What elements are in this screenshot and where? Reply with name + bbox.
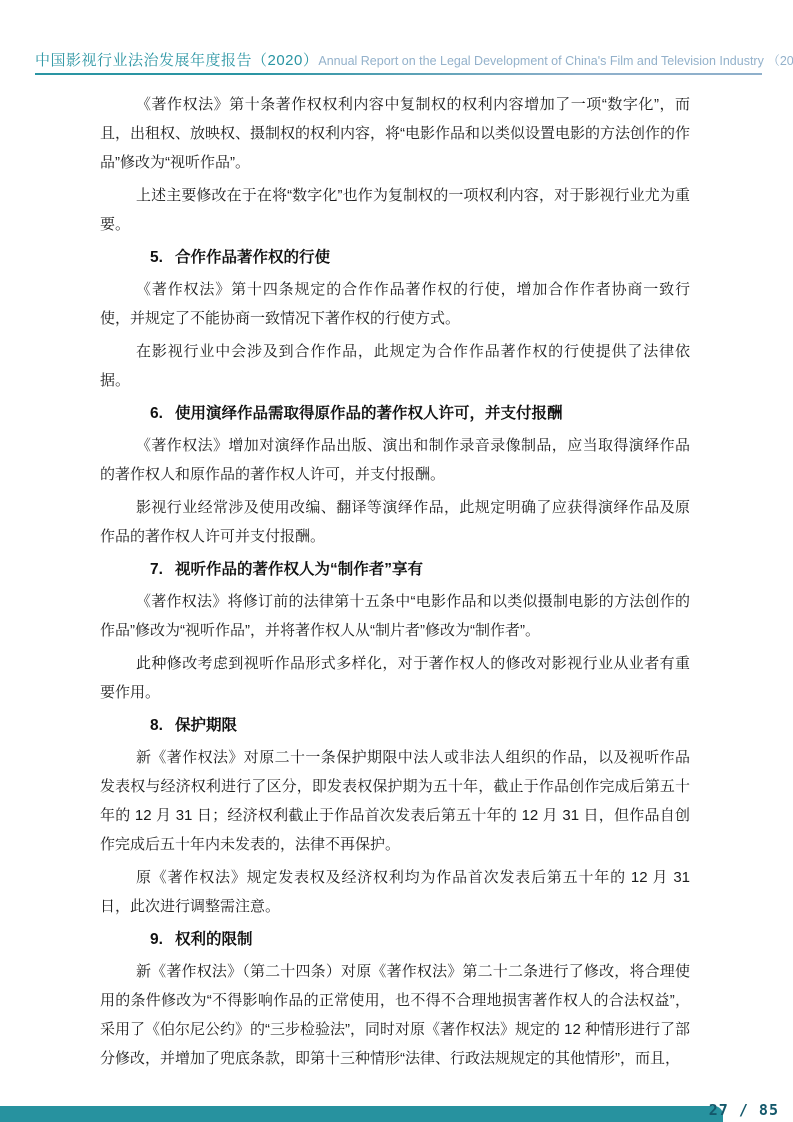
report-title-en: Annual Report on the Legal Development o…	[318, 51, 793, 69]
section-title: 视听作品的著作权人为“制作者”享有	[175, 561, 423, 578]
section-number: 8.	[150, 717, 163, 734]
body-paragraph: 影视行业经常涉及使用改编、翻译等演绎作品，此规定明确了应获得演绎作品及原作品的著…	[100, 493, 690, 551]
body-paragraph: 此种修改考虑到视听作品形式多样化，对于著作权人的修改对影视行业从业者有重要作用。	[100, 649, 690, 707]
body-paragraph: 在影视行业中会涉及到合作作品，此规定为合作作品著作权的行使提供了法律依据。	[100, 337, 690, 395]
section-heading-7: 7.视听作品的著作权人为“制作者”享有	[100, 555, 690, 584]
body-paragraph: 新《著作权法》对原二十一条保护期限中法人或非法人组织的作品，以及视听作品发表权与…	[100, 743, 690, 859]
section-title: 保护期限	[175, 717, 237, 734]
body-paragraph: 《著作权法》增加对演绎作品出版、演出和制作录音录像制品，应当取得演绎作品的著作权…	[100, 431, 690, 489]
section-title: 权利的限制	[175, 931, 253, 948]
section-number: 7.	[150, 561, 163, 578]
document-page: 中国影视行业法治发展年度报告（2020） Annual Report on th…	[0, 0, 793, 1122]
body-paragraph: 《著作权法》第十条著作权权利内容中复制权的权利内容增加了一项“数字化”，而且，出…	[100, 90, 690, 177]
section-number: 9.	[150, 931, 163, 948]
body-paragraph: 新《著作权法》（第二十四条）对原《著作权法》第二十二条进行了修改，将合理使用的条…	[100, 957, 690, 1073]
body-paragraph: 上述主要修改在于在将“数字化”也作为复制权的一项权利内容，对于影视行业尤为重要。	[100, 181, 690, 239]
page-number: 27 / 85	[709, 1101, 779, 1119]
page-header: 中国影视行业法治发展年度报告（2020） Annual Report on th…	[35, 49, 762, 70]
report-title-zh: 中国影视行业法治发展年度报告（2020）	[35, 49, 318, 70]
section-number: 6.	[150, 405, 163, 422]
section-title: 使用演绎作品需取得原作品的著作权人许可，并支付报酬	[175, 405, 563, 422]
section-heading-8: 8.保护期限	[100, 711, 690, 740]
body-paragraph: 原《著作权法》规定发表权及经济权利均为作品首次发表后第五十年的 12 月 31 …	[100, 863, 690, 921]
body-paragraph: 《著作权法》将修订前的法律第十五条中“电影作品和以类似摄制电影的方法创作的作品”…	[100, 587, 690, 645]
section-heading-9: 9.权利的限制	[100, 925, 690, 954]
section-heading-5: 5.合作作品著作权的行使	[100, 243, 690, 272]
header-rule	[35, 73, 762, 75]
section-number: 5.	[150, 249, 163, 266]
section-title: 合作作品著作权的行使	[175, 249, 330, 266]
document-body: 《著作权法》第十条著作权权利内容中复制权的权利内容增加了一项“数字化”，而且，出…	[100, 90, 690, 1077]
body-paragraph: 《著作权法》第十四条规定的合作作品著作权的行使，增加合作作者协商一致行使，并规定…	[100, 275, 690, 333]
section-heading-6: 6.使用演绎作品需取得原作品的著作权人许可，并支付报酬	[100, 399, 690, 428]
footer-bar	[0, 1106, 723, 1122]
